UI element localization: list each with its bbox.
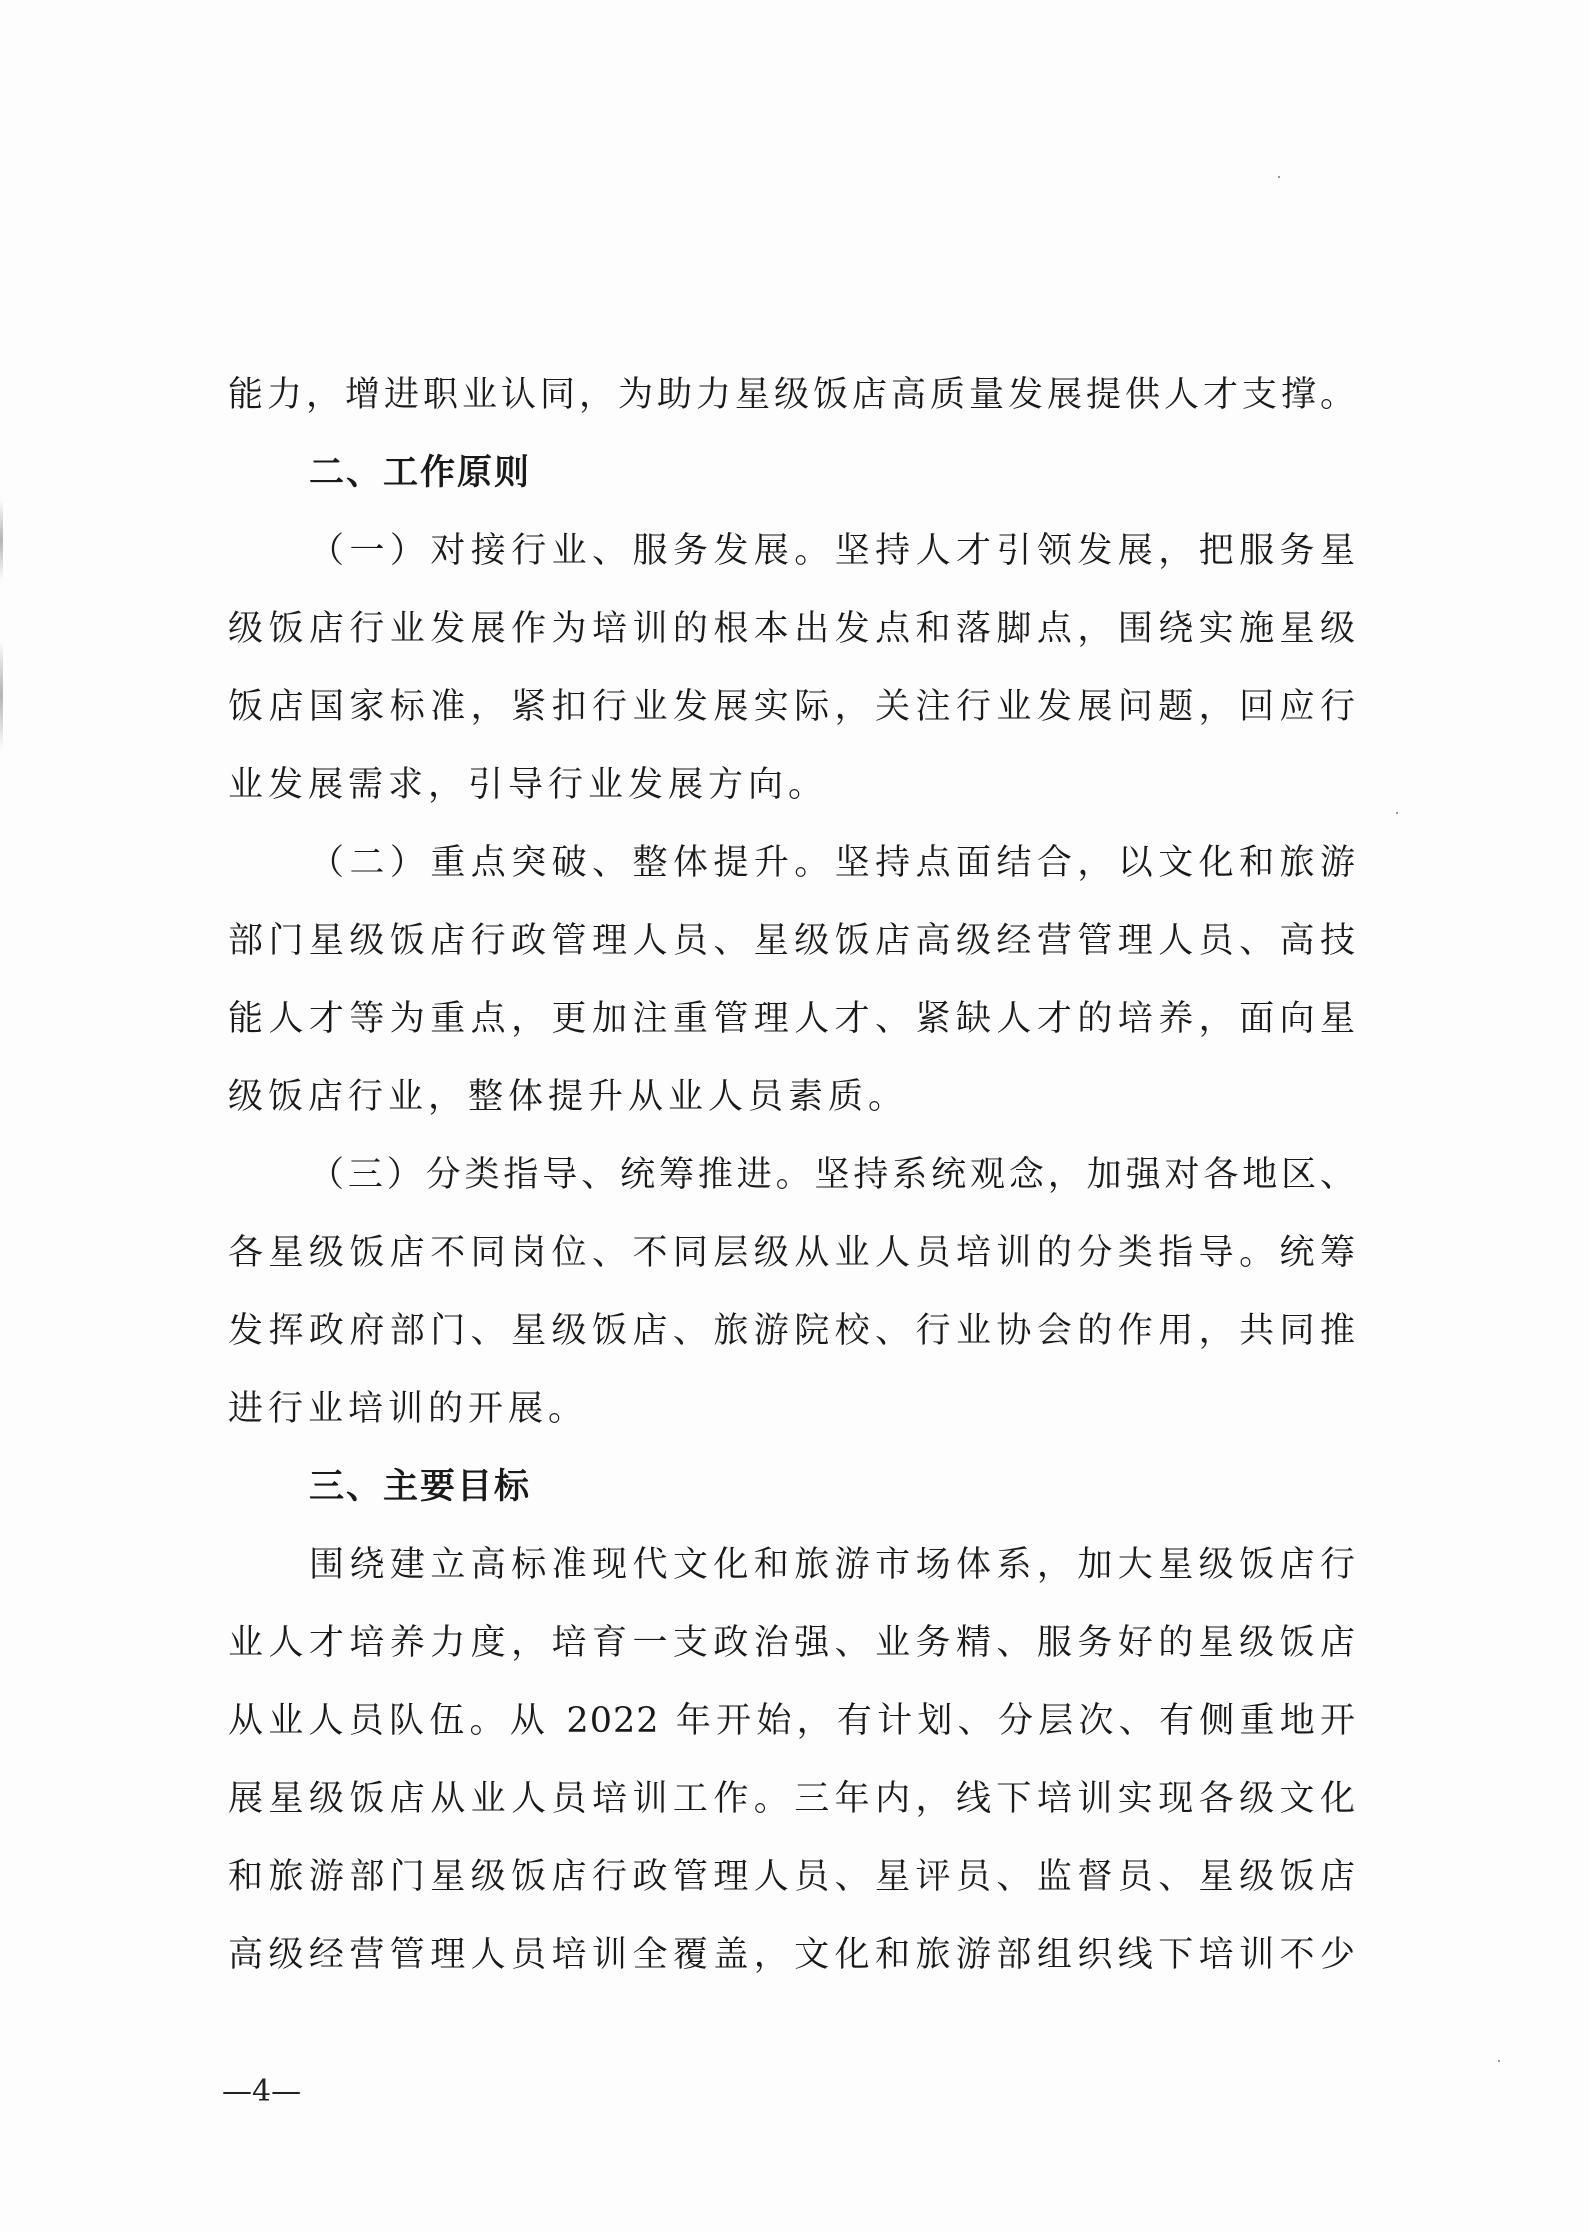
- scan-speck: [1278, 176, 1280, 178]
- subsection-1-first-line: （一）对接行业、服务发展。坚持人才引领发展，把服务星: [228, 528, 1356, 606]
- text-line: 发挥政府部门、星级饭店、旅游院校、行业协会的作用，共同推: [228, 1308, 1356, 1386]
- subsection-2-first-line: （二）重点突破、整体提升。坚持点面结合，以文化和旅游: [228, 840, 1356, 918]
- text-line: 和旅游部门星级饭店行政管理人员、星评员、监督员、星级饭店: [228, 1854, 1356, 1932]
- text-line: 能人才等为重点，更加注重管理人才、紧缺人才的培养，面向星: [228, 996, 1356, 1074]
- subsection-3-first-line: （三）分类指导、统筹推进。坚持系统观念，加强对各地区、: [228, 1152, 1356, 1230]
- scan-artifact: [0, 640, 3, 750]
- text-line: 饭店国家标准，紧扣行业发展实际，关注行业发展问题，回应行: [228, 684, 1356, 762]
- text-line: 高级经营管理人员培训全覆盖，文化和旅游部组织线下培训不少: [228, 1932, 1356, 2010]
- scan-speck: [1498, 2060, 1500, 2062]
- text-line: 展星级饭店从业人员培训工作。三年内，线下培训实现各级文化: [228, 1776, 1356, 1854]
- text-line: 业发展需求，引导行业发展方向。: [228, 762, 1356, 840]
- objectives-first-line: 围绕建立高标准现代文化和旅游市场体系，加大星级饭店行: [228, 1542, 1356, 1620]
- text-line: 部门星级饭店行政管理人员、星级饭店高级经营管理人员、高技: [228, 918, 1356, 996]
- page-number: —4—: [222, 2074, 301, 2109]
- section-heading-objectives: 三、主要目标: [228, 1464, 1356, 1542]
- text-line: 进行业培训的开展。: [228, 1386, 1356, 1464]
- section-heading-principles: 二、工作原则: [228, 450, 1356, 528]
- text-line: 级饭店行业，整体提升从业人员素质。: [228, 1074, 1356, 1152]
- text-line: 业人才培养力度，培育一支政治强、业务精、服务好的星级饭店: [228, 1620, 1356, 1698]
- text-line: 级饭店行业发展作为培训的根本出发点和落脚点，围绕实施星级: [228, 606, 1356, 684]
- scan-artifact: [0, 500, 3, 580]
- scan-speck: [1396, 812, 1398, 814]
- text-line: 从业人员队伍。从 2022 年开始，有计划、分层次、有侧重地开: [228, 1698, 1356, 1776]
- body-text: 能力，增进职业认同，为助力星级饭店高质量发展提供人才支撑。 二、工作原则 （一）…: [228, 372, 1356, 2010]
- text-line: 各星级饭店不同岗位、不同层级从业人员培训的分类指导。统筹: [228, 1230, 1356, 1308]
- text-line: 能力，增进职业认同，为助力星级饭店高质量发展提供人才支撑。: [228, 372, 1356, 450]
- document-page: 能力，增进职业认同，为助力星级饭店高质量发展提供人才支撑。 二、工作原则 （一）…: [0, 0, 1589, 2232]
